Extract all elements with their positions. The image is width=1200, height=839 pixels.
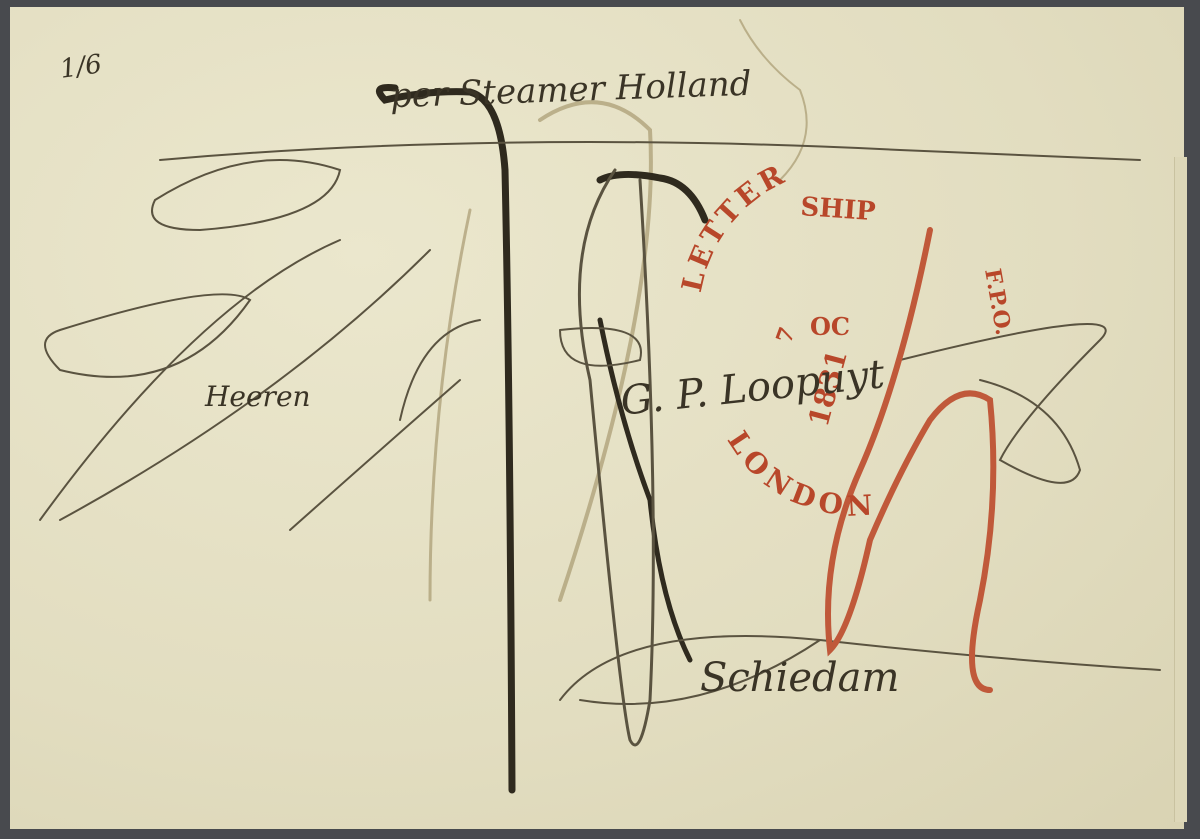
postmark-month: OC (810, 312, 850, 341)
destination-town: Schiedam (700, 655, 899, 701)
svg-text:LONDON: LONDON (721, 425, 879, 523)
ship-letter-postmark: LETTER SHIP LONDON 7 OC 1831 F.P.O. (0, 0, 1200, 839)
corner-rate-note: 1/6 (58, 49, 104, 85)
svg-text:LETTER: LETTER (675, 157, 792, 295)
postmark-bottom-arc: LONDON (721, 425, 879, 523)
postmark-right-arc: F.P.O. (979, 267, 1016, 338)
postmark-top-arc: SHIP (800, 192, 877, 227)
postmark-day: 7 (771, 324, 801, 347)
postmark-left-arc: LETTER (675, 157, 792, 295)
addressee-salutation: Heeren (205, 380, 311, 413)
